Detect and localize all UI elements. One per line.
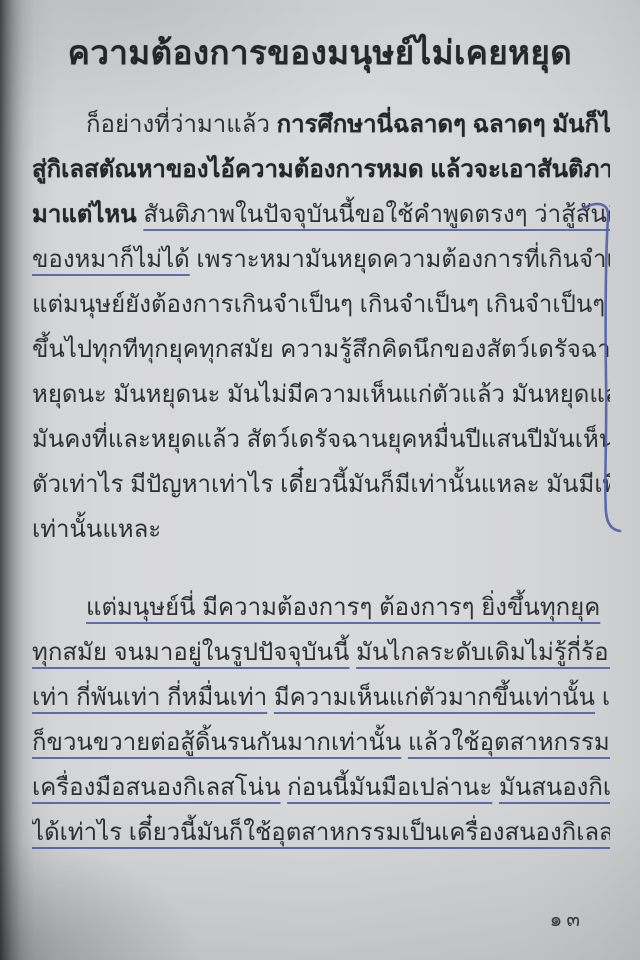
underlined-text-run: มันสนองกิเลส: [499, 774, 610, 801]
text-run: มาแต่ไหน: [32, 201, 143, 228]
book-page-photo: ความต้องการของมนุษย์ไม่เคยหยุด ก็อย่างที…: [0, 0, 640, 960]
text-line: เครื่องมือสนองกิเลสโน่น ก่อนนี้มันมือเปล…: [32, 765, 610, 810]
text-run: สู่กิเลสตัณหาของไอ้ความต้องการหมด แล้วจะ…: [32, 156, 610, 183]
underlined-text-run: ก่อนนี้มันมือเปล่านะ: [287, 774, 492, 801]
margin-bracket-annotation: [578, 200, 624, 536]
text-run: ตัวเท่าไร มีปัญหาเท่าไร เดี๋ยวนี้มันก็มี…: [32, 471, 610, 498]
text-run: แล้ว: [595, 684, 610, 711]
text-run: [401, 729, 408, 756]
text-line: ก็ขวนขวายต่อสู้ดิ้นรนกันมากเท่านั้น แล้ว…: [32, 720, 610, 765]
text-line: ของหมาก็ไม่ได้ เพราะหมามันหยุดความต้องกา…: [32, 237, 610, 282]
text-line: หยุดนะ มันหยุดนะ มันไม่มีความเห็นแก่ตัวแ…: [32, 372, 610, 417]
text-line: เท่านั้นแหละ: [32, 507, 610, 552]
underlined-text-run: เครื่องมือสนองกิเลสโน่น: [32, 774, 281, 801]
underlined-text-run: ได้เท่าไร เดี๋ยวนี้มันก็ใช้อุตสาหกรรมเป็…: [32, 819, 610, 846]
underlined-text-run: แต่มนุษย์นี่ มีความต้องการๆ ต้องการๆ ยิ่…: [86, 594, 600, 621]
underlined-text-run: มีความเห็นแก่ตัวมากขึ้นเท่านั้น: [274, 684, 595, 711]
text-line: แต่มนุษย์ยังต้องการเกินจำเป็นๆ เกินจำเป็…: [32, 282, 610, 327]
text-line: ขึ้นไปทุกทีทุกยุคทุกสมัย ความรู้สึกคิดนึ…: [32, 327, 610, 372]
text-line: สู่กิเลสตัณหาของไอ้ความต้องการหมด แล้วจะ…: [32, 147, 610, 192]
text-line: มันคงที่และหยุดแล้ว สัตว์เดรัจฉานยุคหมื่…: [32, 417, 610, 462]
page-number: ๑๓: [550, 903, 584, 935]
underlined-text-run: มันไกลระดับเดิมไม่รู้กี่ร้อย: [356, 639, 610, 666]
text-run: ก็อย่างที่ว่ามาแล้ว: [86, 111, 277, 138]
text-line: เท่า กี่พันเท่า กี่หมื่นเท่า มีความเห็นแ…: [32, 675, 610, 720]
paragraph: ก็อย่างที่ว่ามาแล้ว การศึกษานี่ฉลาดๆ ฉลา…: [32, 102, 610, 552]
text-run: เท่านั้นแหละ: [32, 516, 161, 543]
underlined-text-run: ทุกสมัย จนมาอยู่ในรูปปัจจุบันนี้: [32, 639, 349, 666]
text-run: ขึ้นไปทุกทีทุกยุคทุกสมัย ความรู้สึกคิดนึ…: [32, 336, 610, 363]
text-run: การศึกษานี่ฉลาดๆ ฉลาดๆ มันก็ไป: [277, 111, 610, 138]
text-run: มันคงที่และหยุดแล้ว สัตว์เดรัจฉานยุคหมื่…: [32, 426, 610, 453]
underlined-text-run: แล้วใช้อุตสาหกรรมเป็น: [408, 729, 610, 756]
text-run: [492, 774, 499, 801]
text-run: [267, 684, 274, 711]
underlined-text-run: เท่า กี่พันเท่า กี่หมื่นเท่า: [32, 684, 267, 711]
text-line: มาแต่ไหน สันติภาพในปัจจุบันนี้ขอใช้คำพูด…: [32, 192, 610, 237]
text-body: ก็อย่างที่ว่ามาแล้ว การศึกษานี่ฉลาดๆ ฉลา…: [32, 102, 610, 855]
underlined-text-run: ของหมาก็ไม่ได้: [32, 246, 190, 273]
underlined-text-run: ก็ขวนขวายต่อสู้ดิ้นรนกันมากเท่านั้น: [32, 729, 401, 756]
underlined-text-run: สันติภาพในปัจจุบันนี้ขอใช้คำพูดตรงๆ ว่าส…: [143, 201, 610, 228]
text-line: ทุกสมัย จนมาอยู่ในรูปปัจจุบันนี้ มันไกลร…: [32, 630, 610, 675]
text-run: เพราะหมามันหยุดความต้องการที่เกินจำเป็น: [190, 246, 610, 273]
text-line: แต่มนุษย์นี่ มีความต้องการๆ ต้องการๆ ยิ่…: [32, 585, 610, 630]
text-run: แต่มนุษย์ยังต้องการเกินจำเป็นๆ เกินจำเป็…: [32, 291, 610, 318]
text-line: ก็อย่างที่ว่ามาแล้ว การศึกษานี่ฉลาดๆ ฉลา…: [32, 102, 610, 147]
text-run: หยุดนะ มันหยุดนะ มันไม่มีความเห็นแก่ตัวแ…: [32, 381, 610, 408]
paragraph: แต่มนุษย์นี่ มีความต้องการๆ ต้องการๆ ยิ่…: [32, 585, 610, 855]
page-title: ความต้องการของมนุษย์ไม่เคยหยุด: [0, 26, 640, 79]
text-line: ตัวเท่าไร มีปัญหาเท่าไร เดี๋ยวนี้มันก็มี…: [32, 462, 610, 507]
text-line: ได้เท่าไร เดี๋ยวนี้มันก็ใช้อุตสาหกรรมเป็…: [32, 810, 610, 855]
